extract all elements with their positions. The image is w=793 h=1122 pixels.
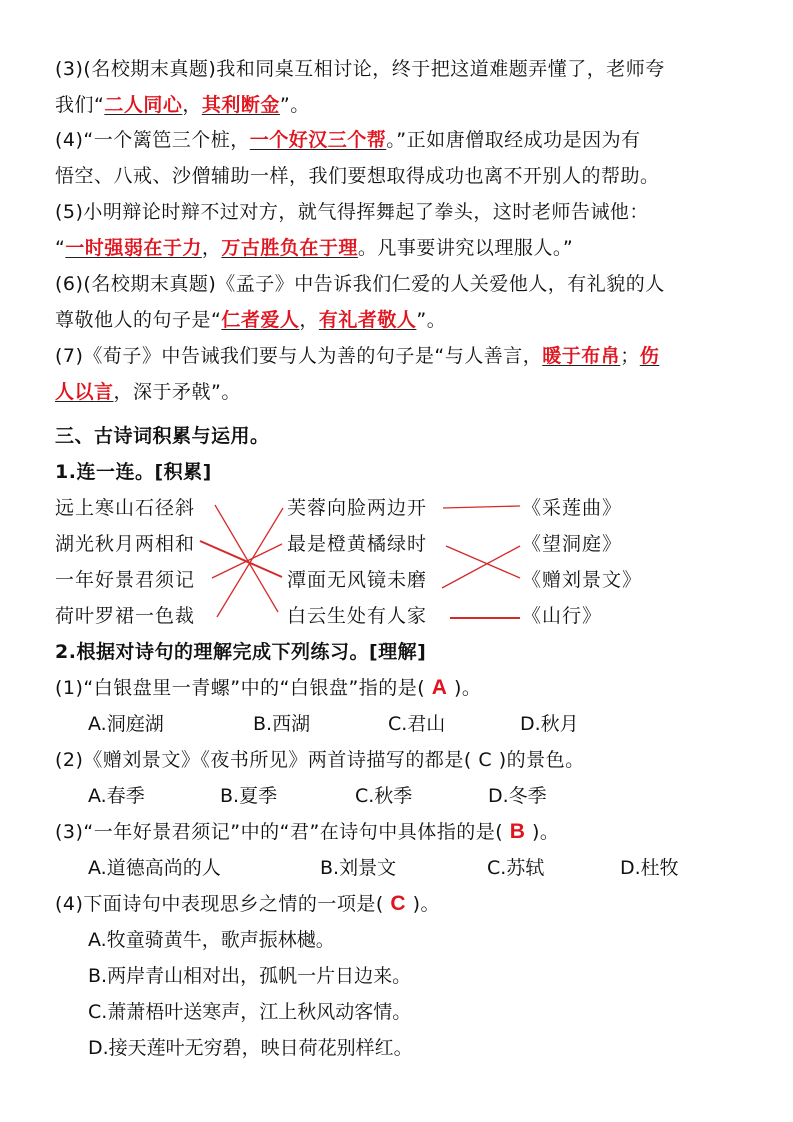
p2-q1-option-d: D.秋月 bbox=[520, 712, 579, 736]
p2-q3-option-c: C.苏轼 bbox=[487, 856, 544, 880]
p2-q4-option-d: D.接天莲叶无穷碧，映日荷花别样红。 bbox=[88, 1036, 413, 1060]
match-line bbox=[446, 546, 520, 578]
answer-text: 二人同心 bbox=[104, 94, 182, 116]
text: (4)下面诗句中表现思乡之情的一项是( bbox=[55, 893, 384, 915]
p2-q4-option-c: C.萧萧梧叶送寒声，江上秋风动客情。 bbox=[88, 1000, 411, 1024]
text: 我们“ bbox=[55, 94, 104, 116]
p2-q2-option-b: B.夏季 bbox=[220, 784, 277, 808]
part1-title: 1.连一连。[积累] bbox=[55, 460, 212, 484]
answer-letter: C bbox=[390, 892, 406, 915]
q7-line1: (7)《荀子》中告诫我们要与人为善的句子是“与人善言，暖于布帛；伤 bbox=[55, 344, 659, 368]
p2-q3-option-a: A.道德高尚的人 bbox=[88, 856, 221, 880]
answer-letter: A bbox=[432, 676, 448, 699]
p2-q2-option-a: A.春季 bbox=[88, 784, 145, 808]
p2-q4-option-a: A.牧童骑黄牛，歌声振林樾。 bbox=[88, 928, 335, 952]
match-right-1: 《采莲曲》 bbox=[522, 496, 622, 520]
text: )。 bbox=[532, 821, 559, 843]
p2-q1-option-b: B.西湖 bbox=[253, 712, 310, 736]
match-line bbox=[217, 508, 283, 617]
match-line bbox=[442, 546, 520, 588]
answer-text: 人以言 bbox=[55, 381, 114, 403]
section3-title: 三、古诗词积累与运用。 bbox=[55, 424, 270, 448]
text: 尊敬他人的句子是“ bbox=[55, 309, 221, 331]
p2-q3: (3)“一年好景君须记”中的“君”在诗句中具体指的是( B )。 bbox=[55, 820, 559, 844]
match-left-4: 荷叶罗裙一色裁 bbox=[55, 604, 195, 628]
match-left-1: 远上寒山石径斜 bbox=[55, 496, 195, 520]
match-left-3: 一年好景君须记 bbox=[55, 568, 195, 592]
text: )的景色。 bbox=[499, 749, 585, 771]
text: (7)《荀子》中告诫我们要与人为善的句子是“与人善言， bbox=[55, 345, 542, 367]
text: ”。 bbox=[280, 94, 310, 116]
text: ， bbox=[299, 309, 319, 331]
q6-line2: 尊敬他人的句子是“仁者爱人，有礼者敬人”。 bbox=[55, 308, 446, 332]
p2-q1-option-c: C.君山 bbox=[388, 712, 445, 736]
match-right-3: 《赠刘景文》 bbox=[522, 568, 642, 592]
text: 。”正如唐僧取经成功是因为有 bbox=[386, 129, 640, 151]
q5-line2: “一时强弱在于力，万古胜负在于理。凡事要讲究以理服人。” bbox=[55, 236, 573, 260]
match-left-2: 湖光秋月两相和 bbox=[55, 532, 195, 556]
answer-text: 有礼者敬人 bbox=[319, 309, 417, 331]
match-middle-3: 潭面无风镜未磨 bbox=[287, 568, 427, 592]
q5-line1: (5)小明辩论时辩不过对方，就气得挥舞起了拳头，这时老师告诫他： bbox=[55, 200, 649, 224]
p2-q4-option-b: B.两岸青山相对出，孤帆一片日边来。 bbox=[88, 964, 411, 988]
text: (3)“一年好景君须记”中的“君”在诗句中具体指的是( bbox=[55, 821, 503, 843]
match-middle-1: 芙蓉向脸两边开 bbox=[287, 496, 427, 520]
q6-line1: (6)(名校期末真题)《孟子》中告诉我们仁爱的人关爱他人，有礼貌的人 bbox=[55, 272, 665, 296]
text: ； bbox=[620, 345, 640, 367]
answer-text: 万古胜负在于理 bbox=[221, 237, 358, 259]
answer-letter: C bbox=[478, 749, 492, 771]
text: (1)“白银盘里一青螺”中的“白银盘”指的是( bbox=[55, 677, 425, 699]
text: )。 bbox=[413, 893, 440, 915]
p2-q2-option-d: D.冬季 bbox=[488, 784, 547, 808]
q3-line1: (3)(名校期末真题)我和同桌互相讨论，终于把这道难题弄懂了，老师夸 bbox=[55, 57, 665, 81]
answer-text: 伤 bbox=[640, 345, 660, 367]
q4-line1: (4)“一个篱笆三个桩，一个好汉三个帮。”正如唐僧取经成功是因为有 bbox=[55, 128, 641, 152]
part2-title: 2.根据对诗句的理解完成下列练习。[理解] bbox=[55, 640, 426, 664]
match-line bbox=[443, 506, 520, 508]
p2-q3-option-d: D.杜牧 bbox=[620, 856, 679, 880]
p2-q1: (1)“白银盘里一青螺”中的“白银盘”指的是( A )。 bbox=[55, 676, 481, 700]
text: “ bbox=[55, 237, 65, 259]
answer-text: 其利断金 bbox=[202, 94, 280, 116]
text: (2)《赠刘景文》《夜书所见》两首诗描写的都是( bbox=[55, 749, 472, 771]
text: ， bbox=[202, 237, 222, 259]
p2-q2-option-c: C.秋季 bbox=[355, 784, 412, 808]
q3-line2: 我们“二人同心，其利断金”。 bbox=[55, 93, 310, 117]
answer-text: 一时强弱在于力 bbox=[65, 237, 202, 259]
text: (4)“一个篱笆三个桩， bbox=[55, 129, 250, 151]
match-middle-4: 白云生处有人家 bbox=[287, 604, 427, 628]
q4-line2: 悟空、八戒、沙僧辅助一样，我们要想取得成功也离不开别人的帮助。 bbox=[55, 164, 660, 188]
p2-q2: (2)《赠刘景文》《夜书所见》两首诗描写的都是( C )的景色。 bbox=[55, 748, 585, 772]
text: 。凡事要讲究以理服人。” bbox=[358, 237, 573, 259]
text: ，深于矛戟”。 bbox=[114, 381, 241, 403]
match-line bbox=[200, 541, 282, 577]
match-right-4: 《山行》 bbox=[522, 604, 602, 628]
answer-text: 仁者爱人 bbox=[221, 309, 299, 331]
text: ”。 bbox=[416, 309, 446, 331]
match-right-2: 《望洞庭》 bbox=[522, 532, 622, 556]
answer-text: 一个好汉三个帮 bbox=[250, 129, 387, 151]
text: ， bbox=[182, 94, 202, 116]
q7-line2: 人以言，深于矛戟”。 bbox=[55, 380, 241, 404]
p2-q4: (4)下面诗句中表现思乡之情的一项是( C )。 bbox=[55, 892, 440, 916]
match-line bbox=[212, 544, 282, 578]
answer-text: 暖于布帛 bbox=[542, 345, 620, 367]
text: )。 bbox=[454, 677, 481, 699]
answer-letter: B bbox=[510, 820, 526, 843]
match-middle-2: 最是橙黄橘绿时 bbox=[287, 532, 427, 556]
p2-q1-option-a: A.洞庭湖 bbox=[88, 712, 164, 736]
match-line bbox=[215, 505, 278, 612]
p2-q3-option-b: B.刘景文 bbox=[320, 856, 396, 880]
worksheet-page: (3)(名校期末真题)我和同桌互相讨论，终于把这道难题弄懂了，老师夸 我们“二人… bbox=[0, 0, 793, 1122]
